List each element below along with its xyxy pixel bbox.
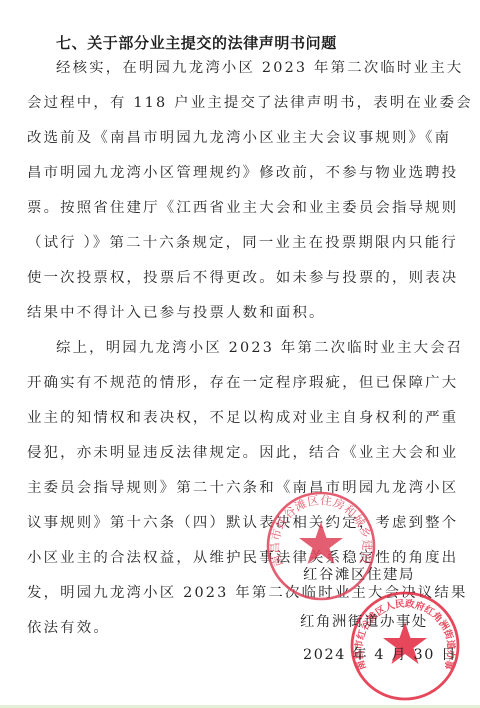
paragraph-1-line: 结果中不得计入已参与投票人数和面积。 — [27, 303, 419, 323]
official-seal-housing-bureau: 南昌市红谷滩区住房和城乡建设局 — [265, 490, 377, 602]
signature-subdistrict-office: 红角洲街道办事处 — [300, 612, 428, 632]
paragraph-1-line: 会过程中，有 118 户业主提交了法律声明书，表明在业委会 — [27, 93, 419, 113]
paragraph-2-line: 业主的知情权和表决权，不足以构成对业主自身权利的严重 — [27, 408, 419, 428]
signature-date: 2024 年 4 月 30 日 — [303, 645, 457, 665]
paragraph-2-line: 开确实有不规范的情形，存在一定程序瑕疵，但已保障广大 — [27, 373, 419, 393]
section-heading: 七、关于部分业主提交的法律声明书问题 — [56, 32, 337, 53]
paragraph-1-line: 经核实，在明园九龙湾小区 2023 年第二次临时业主大 — [56, 58, 419, 78]
paragraph-1-line: 改选前及《南昌市明园九龙湾小区业主大会议事规则》《南 — [27, 128, 419, 148]
paragraph-2-line: 综上，明园九龙湾小区 2023 年第二次临时业主大会召 — [56, 338, 419, 358]
star-icon — [299, 522, 343, 564]
paragraph-1-line: （试行 ）》第二十六条规定，同一业主在投票期限内只能行 — [27, 233, 419, 253]
signature-housing-bureau: 红谷滩区住建局 — [303, 565, 415, 585]
paragraph-2-line: 侵犯，亦未明显违反法律规定。因此，结合《业主大会和业 — [27, 443, 419, 463]
paragraph-1-line: 昌市明园九龙湾小区管理规约》修改前，不参与物业选聘投 — [27, 163, 419, 183]
paragraph-1-line: 使一次投票权，投票后不得更改。如未参与投票的，则表决 — [27, 268, 419, 288]
document-page: 七、关于部分业主提交的法律声明书问题 经核实，在明园九龙湾小区 2023 年第二… — [0, 0, 480, 705]
paragraph-1-line: 票。按照省住建厅《江西省业主大会和业主委员会指导规则 — [27, 198, 419, 218]
